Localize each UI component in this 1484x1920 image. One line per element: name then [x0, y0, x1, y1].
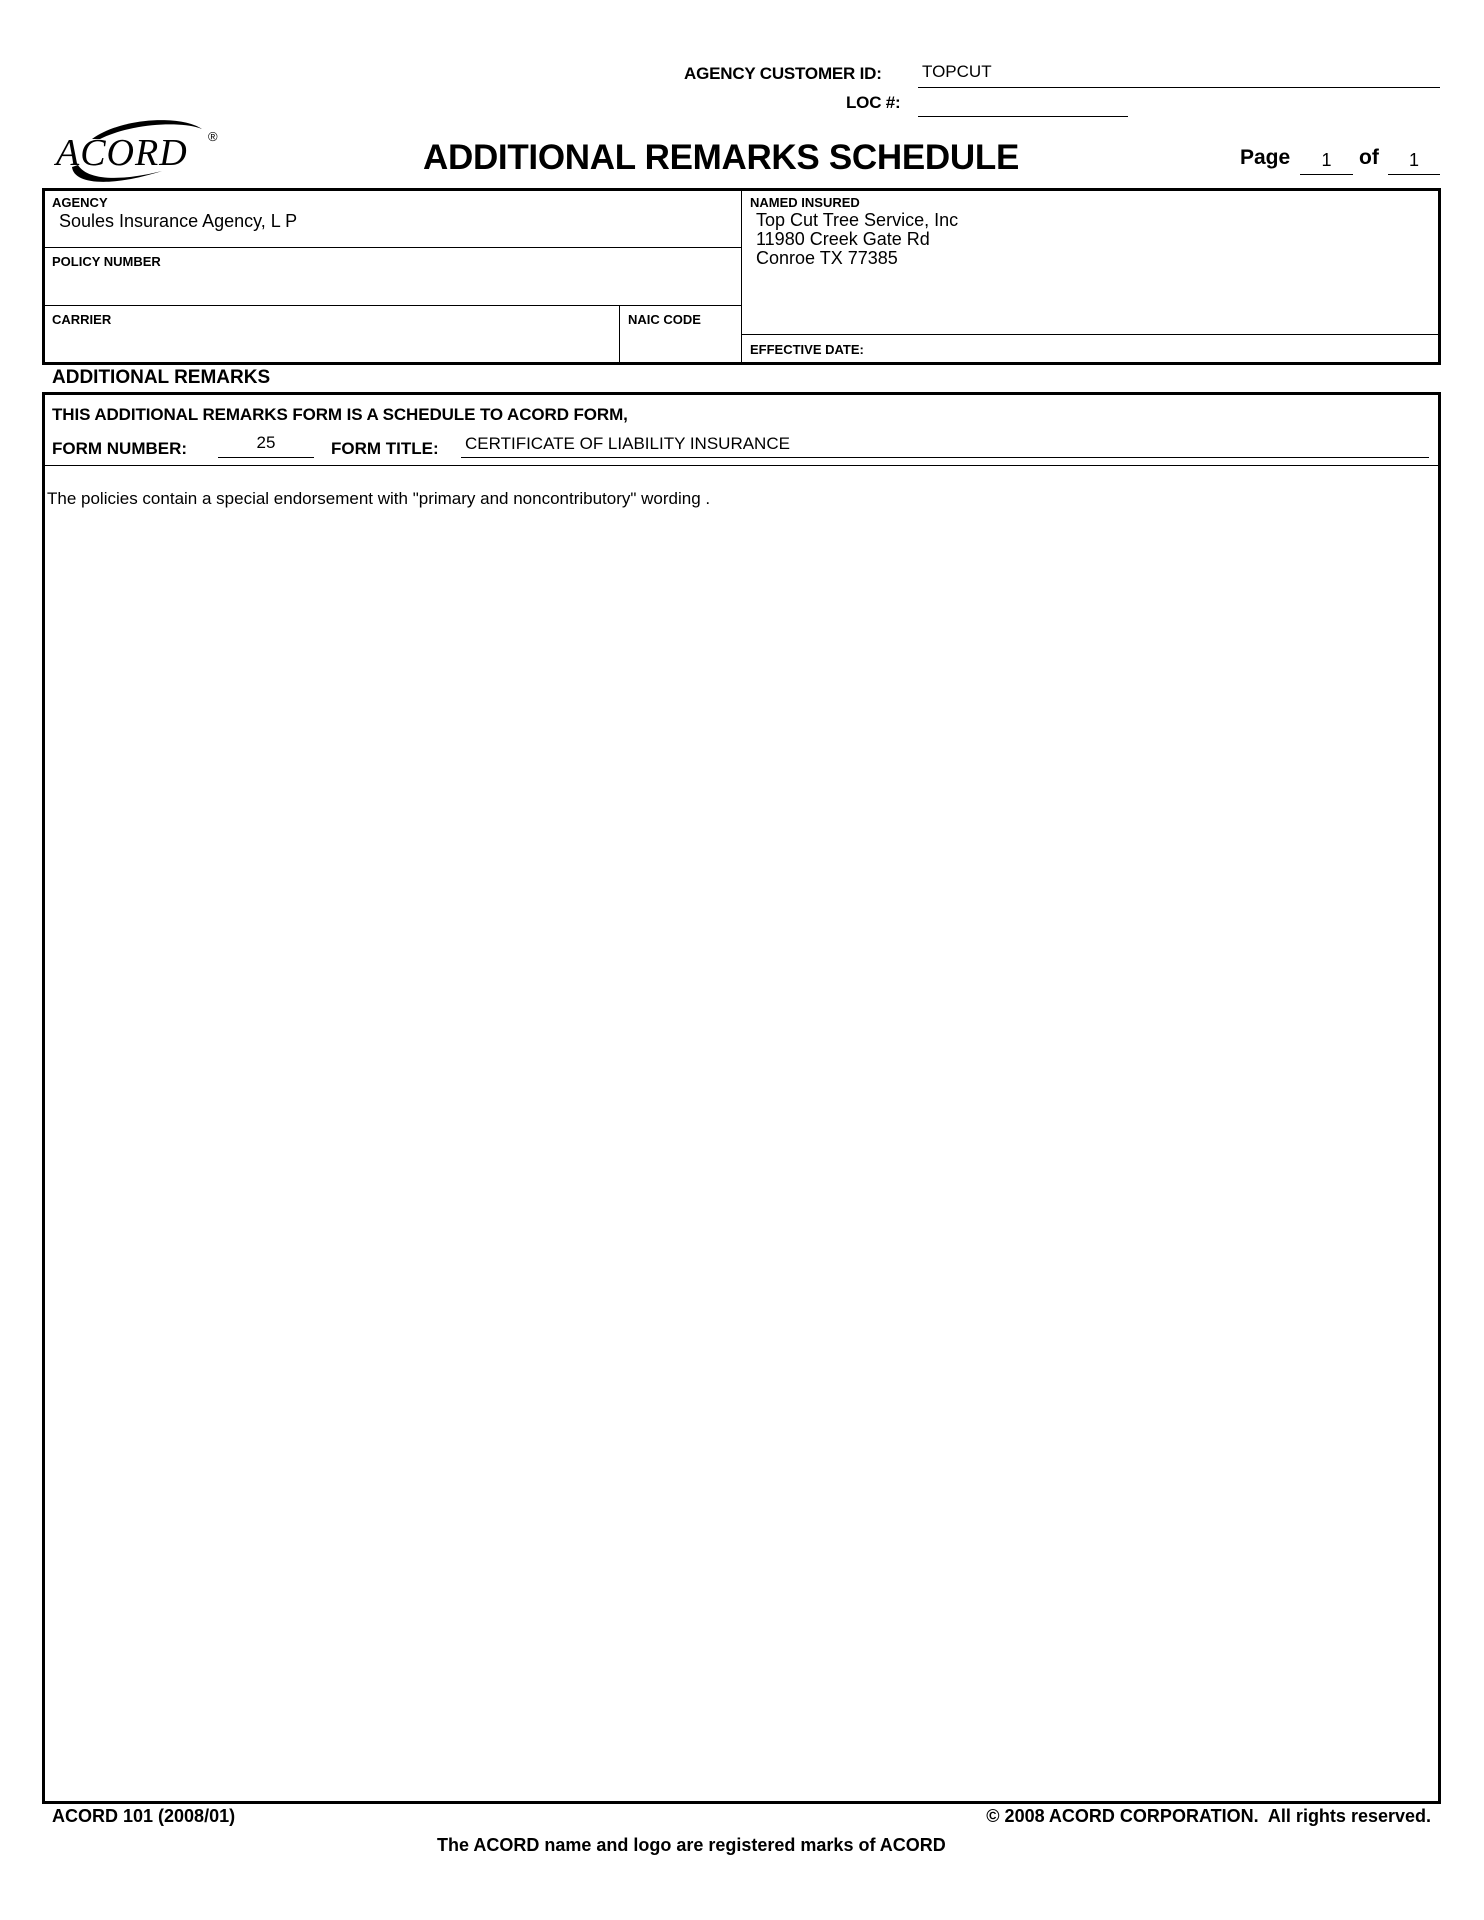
effective-date-label: EFFECTIVE DATE: — [750, 342, 864, 357]
named-insured-line-2: 11980 Creek Gate Rd — [756, 230, 930, 249]
trademark-notice: The ACORD name and logo are registered m… — [437, 1835, 946, 1856]
form-title-label: FORM TITLE: — [331, 439, 439, 459]
schedule-statement: THIS ADDITIONAL REMARKS FORM IS A SCHEDU… — [52, 405, 628, 425]
form-number-field[interactable]: 25 — [218, 433, 314, 458]
agency-value: Soules Insurance Agency, L P — [59, 212, 297, 231]
form-number-label: FORM NUMBER: — [52, 439, 187, 459]
carrier-label: CARRIER — [52, 312, 111, 327]
remarks-header-divider — [44, 465, 1439, 466]
remarks-text-area[interactable]: The policies contain a special endorseme… — [44, 467, 1439, 1801]
carrier-field[interactable]: CARRIER — [44, 306, 619, 363]
agency-label: AGENCY — [52, 195, 108, 210]
effective-date-field[interactable]: EFFECTIVE DATE: — [742, 335, 1439, 363]
policy-number-label: POLICY NUMBER — [52, 254, 161, 269]
page-total-field[interactable]: 1 — [1388, 150, 1440, 175]
naic-code-field[interactable]: NAIC CODE — [620, 306, 741, 363]
loc-label: LOC #: — [846, 93, 901, 113]
form-title-value: CERTIFICATE OF LIABILITY INSURANCE — [465, 434, 790, 454]
logo-text: ACORD — [56, 131, 188, 175]
form-id: ACORD 101 (2008/01) — [52, 1806, 235, 1827]
page-title: ADDITIONAL REMARKS SCHEDULE — [423, 138, 1019, 178]
page-number-value: 1 — [1321, 150, 1331, 170]
page-label: Page — [1240, 146, 1290, 170]
agency-customer-id-value: TOPCUT — [922, 62, 992, 82]
remarks-body-text: The policies contain a special endorseme… — [47, 489, 710, 509]
named-insured-line-1: Top Cut Tree Service, Inc — [756, 211, 958, 230]
copyright-notice: © 2008 ACORD CORPORATION. All rights res… — [986, 1806, 1431, 1827]
named-insured-field[interactable]: NAMED INSURED Top Cut Tree Service, Inc … — [742, 190, 1439, 334]
of-label: of — [1359, 146, 1379, 170]
registered-mark: ® — [208, 129, 218, 144]
acord-logo: ACORD ® — [52, 115, 232, 190]
loc-field[interactable] — [918, 91, 1128, 117]
form-title-field[interactable]: CERTIFICATE OF LIABILITY INSURANCE — [461, 433, 1429, 458]
remarks-section-title: ADDITIONAL REMARKS — [52, 367, 270, 389]
named-insured-line-3: Conroe TX 77385 — [756, 249, 898, 268]
policy-number-field[interactable]: POLICY NUMBER — [44, 248, 741, 305]
page-total-value: 1 — [1409, 150, 1419, 170]
agency-customer-id-label: AGENCY CUSTOMER ID: — [684, 64, 882, 84]
agency-customer-id-field[interactable]: TOPCUT — [918, 62, 1440, 88]
form-number-value: 25 — [257, 433, 276, 452]
naic-code-label: NAIC CODE — [628, 312, 701, 327]
named-insured-label: NAMED INSURED — [750, 195, 860, 210]
agency-field[interactable]: AGENCY Soules Insurance Agency, L P — [44, 190, 741, 247]
page-number-field[interactable]: 1 — [1300, 150, 1353, 175]
